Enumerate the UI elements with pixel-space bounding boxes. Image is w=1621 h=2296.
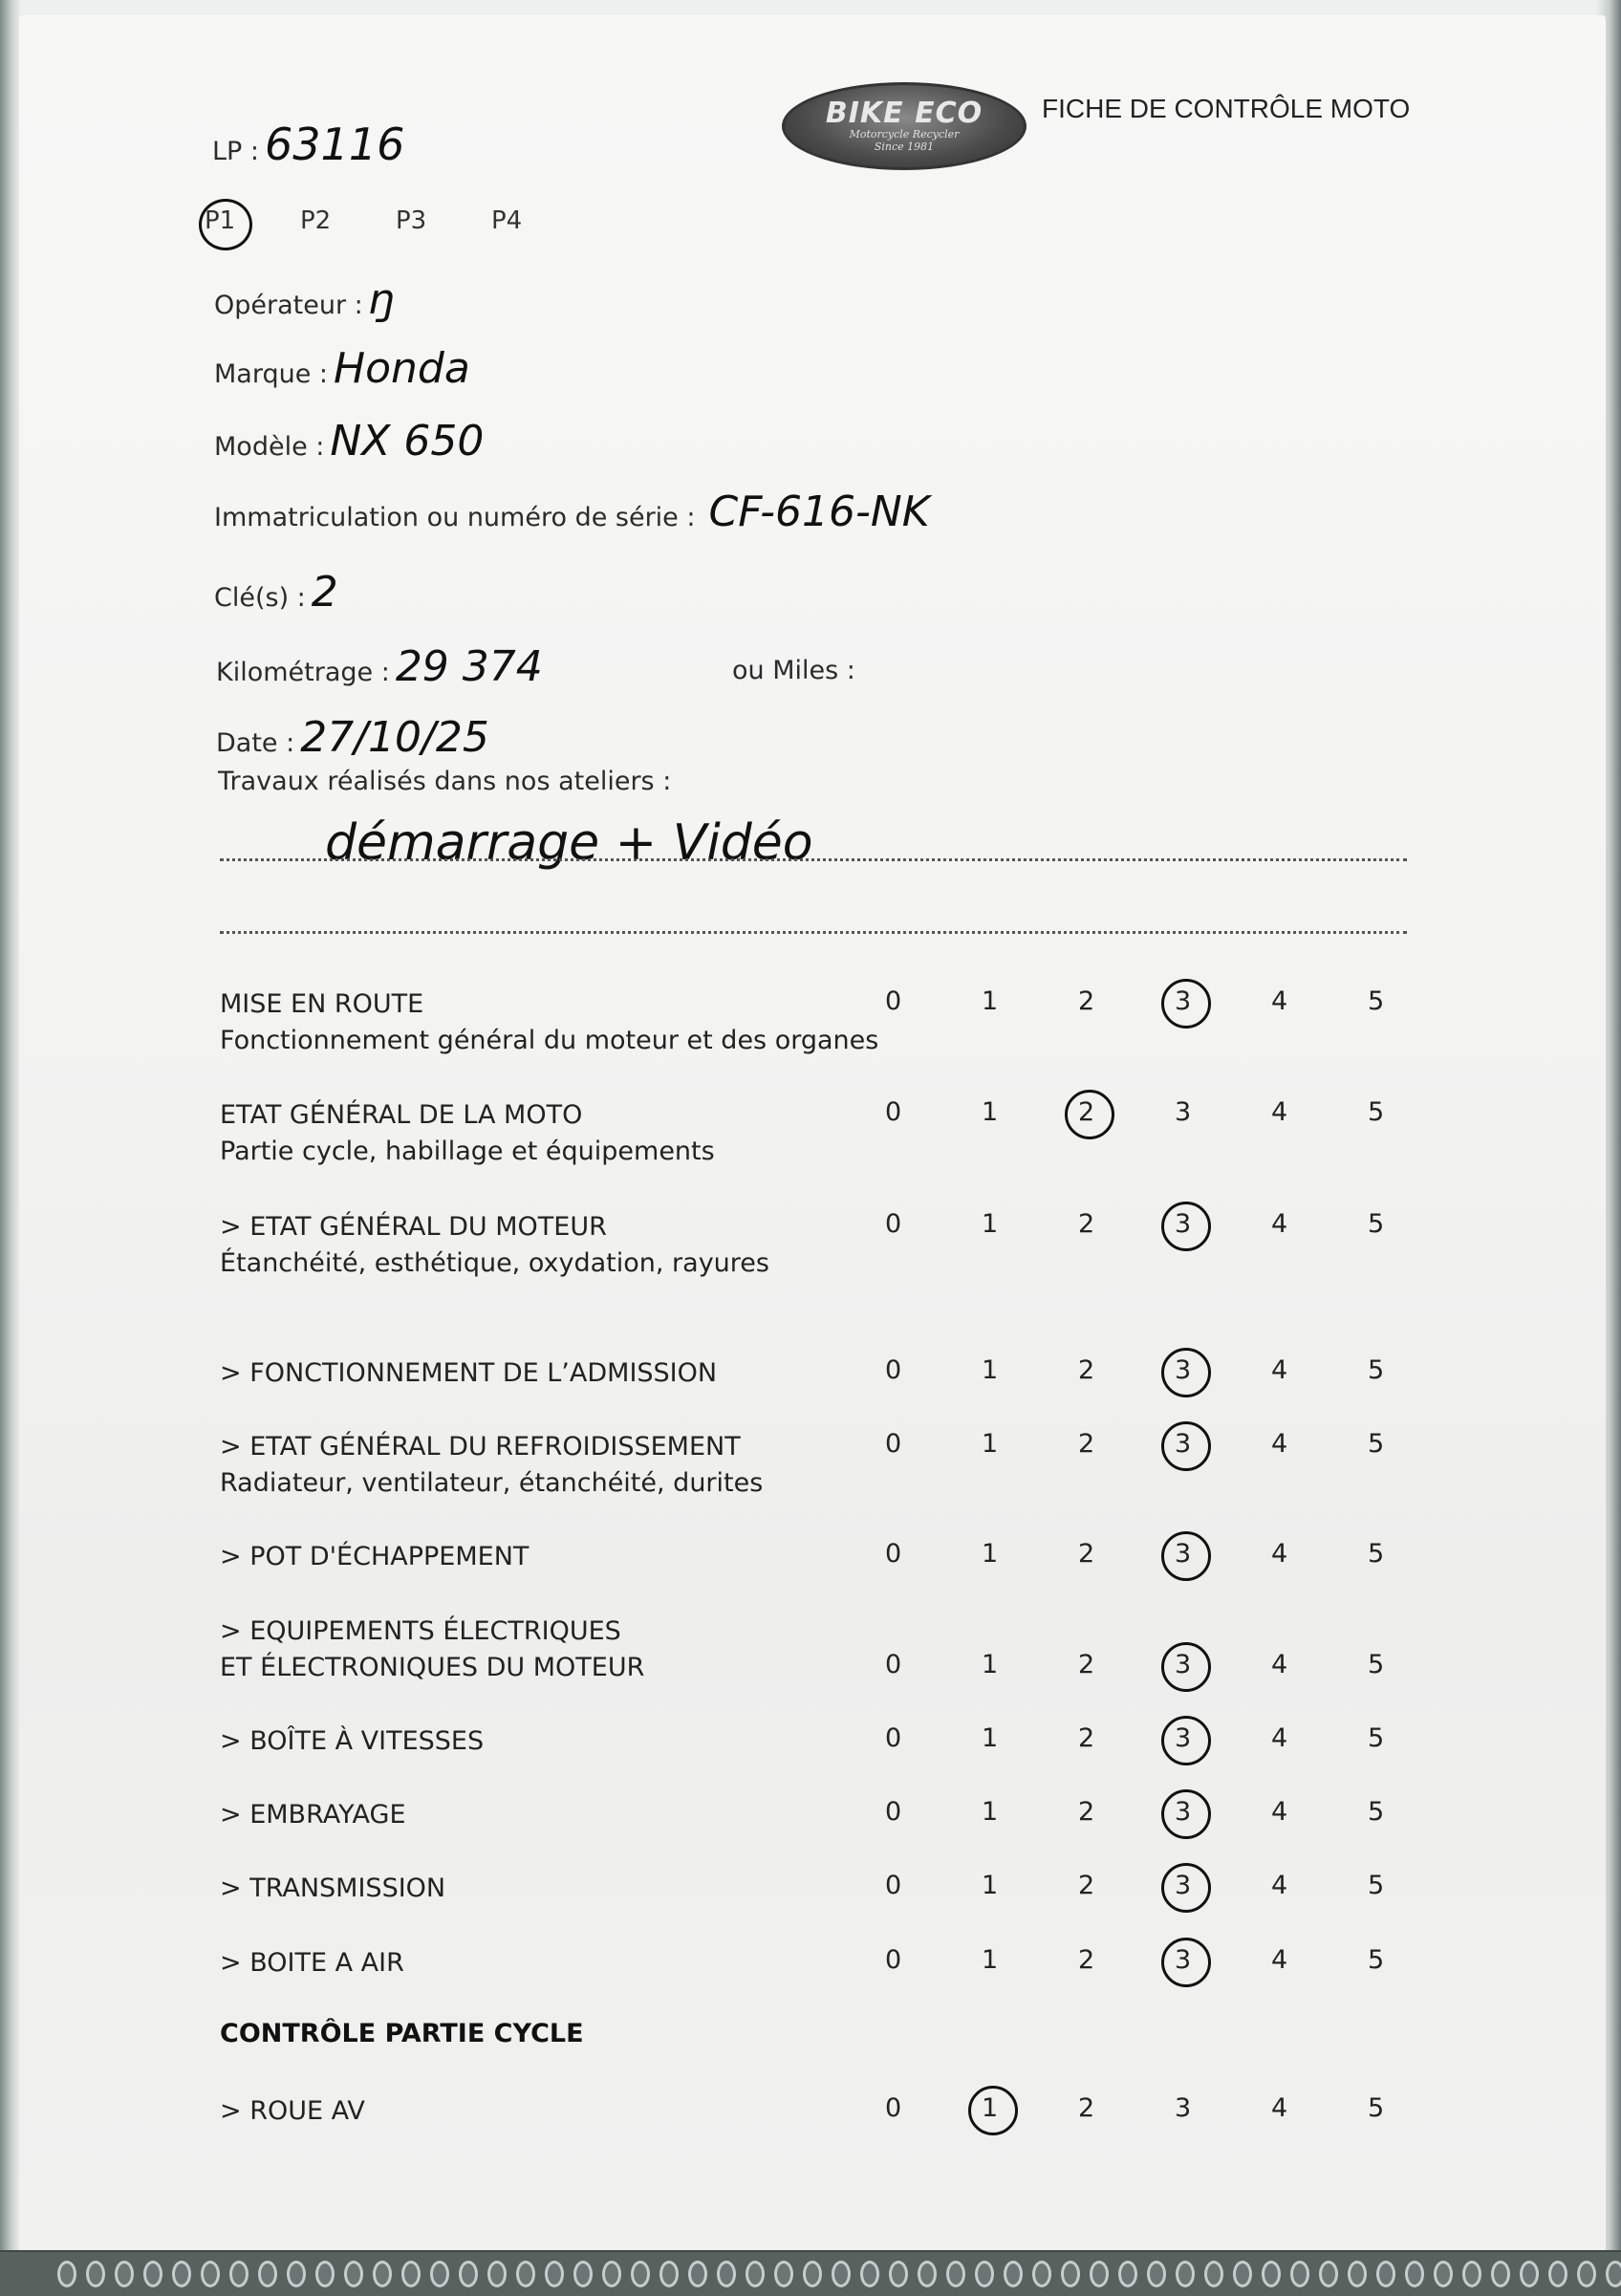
priority-p2[interactable]: P2 [300,206,396,235]
rating-option-2[interactable]: 2 [1078,1539,1175,1569]
operateur-field: Opérateur : ŋ [214,275,396,324]
check-row: > ETAT GÉNÉRAL DU REFROIDISSEMENTRadiate… [220,1429,1415,1502]
rating-option-5[interactable]: 5 [1368,1871,1464,1900]
rating-scale: 012345 [885,1209,1464,1239]
date-field: Date : 27/10/25 [216,713,489,762]
binder-hole [1004,2261,1023,2287]
binder-hole [1176,2261,1195,2287]
binder-hole [1548,2261,1567,2287]
binder-hole [774,2261,793,2287]
binder-hole [1204,2261,1223,2287]
priority-p3[interactable]: P3 [396,206,491,235]
travaux-line-2 [220,931,1407,934]
rating-scale: 012345 [885,1650,1464,1679]
binder-hole [115,2261,134,2287]
rating-option-1[interactable]: 1 [982,1797,1078,1827]
binder-hole [1606,2261,1621,2287]
rating-option-0[interactable]: 0 [885,1723,982,1753]
kilometrage-field: Kilométrage : 29 374 [216,642,543,691]
binder-hole [430,2261,449,2287]
check-row: > BOÎTE À VITESSES012345 [220,1723,1415,1760]
rating-option-5[interactable]: 5 [1368,1723,1464,1753]
rating-scale: 012345 [885,1945,1464,1975]
binder-hole [229,2261,249,2287]
rating-option-1[interactable]: 1 [982,1871,1078,1900]
check-row: > ROUE AV012345 [220,2093,1415,2130]
rating-option-0[interactable]: 0 [885,1097,982,1127]
rating-option-1[interactable]: 1 [982,2093,1078,2123]
binder-hole [258,2261,277,2287]
rating-option-2[interactable]: 2 [1078,1355,1175,1385]
rating-scale: 012345 [885,1723,1464,1753]
rating-option-0[interactable]: 0 [885,1945,982,1975]
modele-label: Modèle : [214,432,324,462]
rating-option-4[interactable]: 4 [1271,1797,1368,1827]
binder-hole [1147,2261,1166,2287]
operateur-label: Opérateur : [214,291,363,320]
rating-option-0[interactable]: 0 [885,1209,982,1239]
modele-value[interactable]: NX 650 [330,417,484,466]
cles-value[interactable]: 2 [312,568,338,617]
rating-option-3[interactable]: 3 [1175,1650,1271,1679]
logo-subtitle: Motorcycle Recycler [850,128,960,141]
binder-hole [57,2261,76,2287]
binder-hole [631,2261,650,2287]
rating-option-1[interactable]: 1 [982,1650,1078,1679]
check-subtitle: Partie cycle, habillage et équipements [220,1134,1415,1170]
marque-label: Marque : [214,359,328,389]
rating-option-2[interactable]: 2 [1078,986,1175,1016]
binder-hole [1348,2261,1367,2287]
rating-scale: 012345 [885,1097,1464,1127]
section-controle-partie-cycle: CONTRÔLE PARTIE CYCLE [220,2019,584,2048]
binder-hole [287,2261,306,2287]
rating-option-1[interactable]: 1 [982,1097,1078,1127]
rating-option-3[interactable]: 3 [1175,1539,1271,1569]
check-row: > ETAT GÉNÉRAL DU MOTEURÉtanchéité, esth… [220,1209,1415,1282]
travaux-label: Travaux réalisés dans nos ateliers : [218,767,671,796]
rating-option-0[interactable]: 0 [885,1650,982,1679]
rating-option-2[interactable]: 2 [1078,1209,1175,1239]
rating-option-2[interactable]: 2 [1078,1097,1175,1127]
travaux-value[interactable]: démarrage + Vidéo [325,814,813,872]
rating-option-5[interactable]: 5 [1368,1429,1464,1459]
check-row: > BOITE A AIR012345 [220,1945,1415,1982]
marque-field: Marque : Honda [214,344,470,393]
immatriculation-value[interactable]: CF-616-NK [708,487,929,536]
binder-hole [946,2261,965,2287]
binder-hole [918,2261,937,2287]
rating-option-4[interactable]: 4 [1271,2093,1368,2123]
binder-hole [746,2261,765,2287]
operateur-value[interactable]: ŋ [369,275,396,324]
binder-hole [1032,2261,1051,2287]
marque-value[interactable]: Honda [334,344,470,393]
rating-option-2[interactable]: 2 [1078,2093,1175,2123]
rating-option-2[interactable]: 2 [1078,1650,1175,1679]
rating-option-4[interactable]: 4 [1271,1355,1368,1385]
rating-option-1[interactable]: 1 [982,1209,1078,1239]
binder-hole [459,2261,478,2287]
rating-option-0[interactable]: 0 [885,1797,982,1827]
check-row: > POT D'ÉCHAPPEMENT012345 [220,1539,1415,1575]
binder-hole [659,2261,679,2287]
rating-option-0[interactable]: 0 [885,1871,982,1900]
check-row: > EMBRAYAGE012345 [220,1797,1415,1833]
binder-hole [860,2261,879,2287]
check-row: ETAT GÉNÉRAL DE LA MOTOPartie cycle, hab… [220,1097,1415,1170]
bike-eco-logo: BIKE ECO Motorcycle Recycler Since 1981 [782,82,1027,170]
binder-hole [803,2261,822,2287]
check-row: > FONCTIONNEMENT DE L’ADMISSION012345 [220,1355,1415,1392]
rating-option-0[interactable]: 0 [885,1539,982,1569]
priority-p1[interactable]: P1 [205,206,300,235]
lp-value[interactable]: 63116 [265,119,404,170]
binder-hole [373,2261,392,2287]
binder-hole [86,2261,105,2287]
rating-option-2[interactable]: 2 [1078,1797,1175,1827]
cles-field: Clé(s) : 2 [214,568,338,617]
rating-option-5[interactable]: 5 [1368,1539,1464,1569]
date-value[interactable]: 27/10/25 [300,713,489,762]
binder-hole [1434,2261,1453,2287]
rating-option-4[interactable]: 4 [1271,986,1368,1016]
binder-hole [201,2261,220,2287]
lp-label: LP : [212,137,259,166]
rating-option-4[interactable]: 4 [1271,1429,1368,1459]
rating-option-3[interactable]: 3 [1175,1723,1271,1753]
priority-p4[interactable]: P4 [491,206,587,235]
binder-hole [344,2261,363,2287]
binder-hole [1090,2261,1109,2287]
rating-option-5[interactable]: 5 [1368,1650,1464,1679]
binder-hole [545,2261,564,2287]
modele-field: Modèle : NX 650 [214,417,484,466]
logo-since: Since 1981 [875,141,934,153]
rating-option-1[interactable]: 1 [982,986,1078,1016]
binder-hole [1520,2261,1539,2287]
check-title: > EQUIPEMENTS ÉLECTRIQUES [220,1614,1415,1650]
binder-hole [1061,2261,1080,2287]
rating-option-4[interactable]: 4 [1271,1871,1368,1900]
rating-option-3[interactable]: 3 [1175,1209,1271,1239]
rating-option-5[interactable]: 5 [1368,1209,1464,1239]
lp-field: LP : 63116 [212,119,404,170]
rating-option-4[interactable]: 4 [1271,1097,1368,1127]
rating-option-0[interactable]: 0 [885,1429,982,1459]
check-row: > TRANSMISSION012345 [220,1871,1415,1907]
rating-option-0[interactable]: 0 [885,1355,982,1385]
binder-hole [602,2261,621,2287]
rating-scale: 012345 [885,1797,1464,1827]
rating-scale: 012345 [885,1429,1464,1459]
check-subtitle: Fonctionnement général du moteur et des … [220,1023,1415,1059]
check-subtitle: Radiateur, ventilateur, étanchéité, duri… [220,1465,1415,1502]
rating-option-5[interactable]: 5 [1368,1355,1464,1385]
binder-hole [1233,2261,1252,2287]
immatriculation-label: Immatriculation ou numéro de série : [214,503,695,532]
binder-hole [1319,2261,1338,2287]
rating-option-3[interactable]: 3 [1175,1797,1271,1827]
rating-option-5[interactable]: 5 [1368,1945,1464,1975]
rating-scale: 012345 [885,2093,1464,2123]
rating-option-4[interactable]: 4 [1271,1723,1368,1753]
rating-option-1[interactable]: 1 [982,1429,1078,1459]
check-subtitle: Étanchéité, esthétique, oxydation, rayur… [220,1245,1415,1282]
rating-option-3[interactable]: 3 [1175,1097,1271,1127]
immatriculation-field: Immatriculation ou numéro de série : CF-… [214,487,930,536]
miles-label: ou Miles : [732,656,855,685]
binder-hole [143,2261,162,2287]
rating-option-1[interactable]: 1 [982,1355,1078,1385]
kilometrage-label: Kilométrage : [216,658,390,687]
travaux-line-1 [220,858,1407,861]
binder-hole [401,2261,421,2287]
rating-option-3[interactable]: 3 [1175,1945,1271,1975]
rating-option-5[interactable]: 5 [1368,2093,1464,2123]
rating-option-2[interactable]: 2 [1078,1945,1175,1975]
rating-option-0[interactable]: 0 [885,986,982,1016]
binder-holes [0,2250,1621,2296]
rating-option-5[interactable]: 5 [1368,986,1464,1016]
rating-option-4[interactable]: 4 [1271,1945,1368,1975]
rating-option-2[interactable]: 2 [1078,1871,1175,1900]
binder-hole [1462,2261,1481,2287]
rating-scale: 012345 [885,1871,1464,1900]
binder-hole [1376,2261,1395,2287]
rating-option-4[interactable]: 4 [1271,1539,1368,1569]
priority-options: P1 P2 P3 P4 [205,206,587,235]
rating-option-3[interactable]: 3 [1175,986,1271,1016]
kilometrage-value[interactable]: 29 374 [396,642,543,691]
rating-option-1[interactable]: 1 [982,1945,1078,1975]
binder-hole [172,2261,191,2287]
logo-text: BIKE ECO [826,99,983,128]
binder-hole [315,2261,335,2287]
rating-option-3[interactable]: 3 [1175,2093,1271,2123]
binder-hole [889,2261,908,2287]
binder-hole [1262,2261,1281,2287]
binder-hole [1290,2261,1309,2287]
check-row: MISE EN ROUTEFonctionnement général du m… [220,986,1415,1059]
date-label: Date : [216,728,294,758]
binder-hole [717,2261,736,2287]
rating-option-3[interactable]: 3 [1175,1355,1271,1385]
rating-option-1[interactable]: 1 [982,1723,1078,1753]
binder-hole [487,2261,507,2287]
rating-option-2[interactable]: 2 [1078,1429,1175,1459]
rating-scale: 012345 [885,1355,1464,1385]
check-row: > EQUIPEMENTS ÉLECTRIQUESET ÉLECTRONIQUE… [220,1614,1415,1686]
cles-label: Clé(s) : [214,583,306,613]
binder-hole [573,2261,593,2287]
rating-option-5[interactable]: 5 [1368,1797,1464,1827]
binder-hole [1491,2261,1510,2287]
rating-option-2[interactable]: 2 [1078,1723,1175,1753]
binder-hole [832,2261,851,2287]
binder-hole [688,2261,707,2287]
document-title: FICHE DE CONTRÔLE MOTO [1042,94,1410,124]
rating-option-4[interactable]: 4 [1271,1650,1368,1679]
rating-option-4[interactable]: 4 [1271,1209,1368,1239]
rating-option-5[interactable]: 5 [1368,1097,1464,1127]
rating-option-3[interactable]: 3 [1175,1429,1271,1459]
rating-scale: 012345 [885,1539,1464,1569]
binder-hole [975,2261,994,2287]
rating-scale: 012345 [885,986,1464,1016]
binder-hole [1577,2261,1596,2287]
binder-hole [1405,2261,1424,2287]
binder-hole [516,2261,535,2287]
rating-option-3[interactable]: 3 [1175,1871,1271,1900]
rating-option-0[interactable]: 0 [885,2093,982,2123]
binder-hole [1118,2261,1137,2287]
rating-option-1[interactable]: 1 [982,1539,1078,1569]
miles-field: ou Miles : [732,656,861,685]
